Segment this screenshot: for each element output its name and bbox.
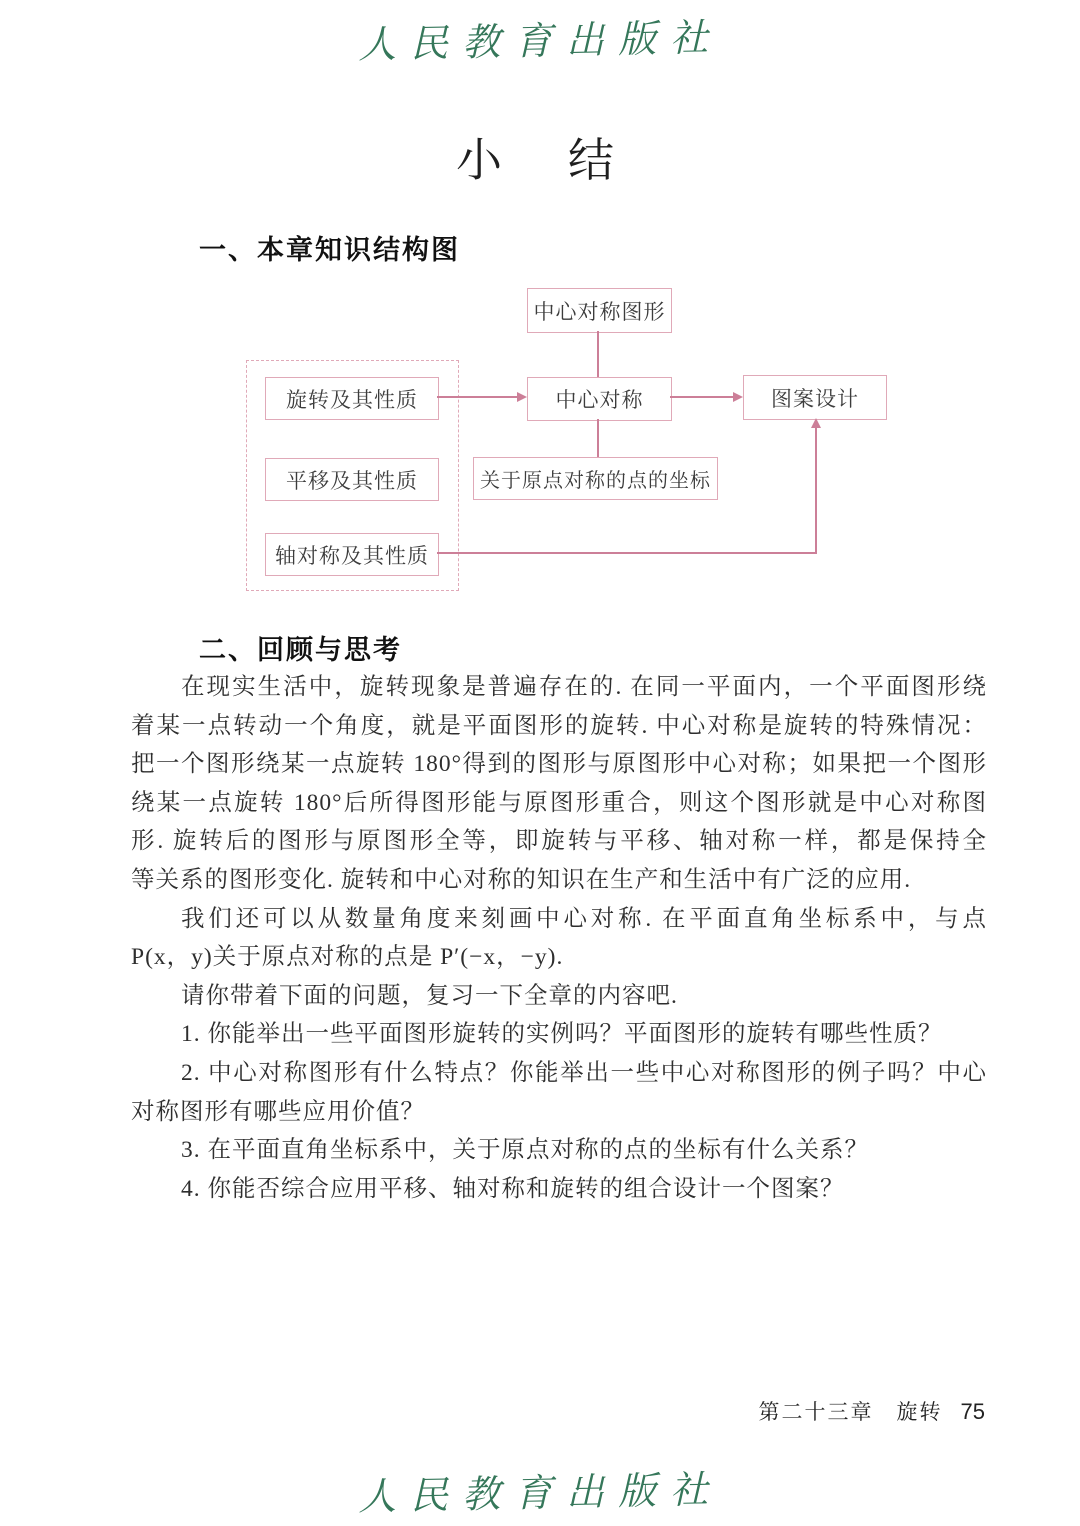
connector-rotation-to-centralsymmetry xyxy=(437,396,519,398)
connector-axialsymmetry-vertical xyxy=(815,428,817,554)
diagram-node-pattern-design: 图案设计 xyxy=(743,375,887,420)
diagram-node-axial-symmetry: 轴对称及其性质 xyxy=(265,533,439,576)
diagram-node-rotation: 旋转及其性质 xyxy=(265,377,439,420)
arrowhead-into-pattern-design xyxy=(733,392,743,402)
arrowhead-into-central-symmetry xyxy=(517,392,527,402)
review-text-block: 在现实生活中，旋转现象是普遍存在的. 在同一平面内，一个平面图形绕 着某一点转动… xyxy=(131,668,987,1208)
question-line-2-cont: 对称图形有哪些应用价值？ xyxy=(131,1093,987,1132)
text-line-formula: P(x，y)关于原点对称的点是 P′(−x，−y). xyxy=(131,938,987,977)
arrowhead-up-into-pattern-design xyxy=(811,418,821,428)
textbook-page: 人民教育出版社 小 结 一、本章知识结构图 中心对称图形 旋转及其性质 中心对称… xyxy=(0,0,1080,1526)
text-line: 把一个图形绕某一点旋转 180°得到的图形与原图形中心对称；如果把一个图形 xyxy=(131,745,987,784)
text-line: 我们还可以从数量角度来刻画中心对称. 在平面直角坐标系中，与点 xyxy=(131,900,987,939)
text-line: 形. 旋转后的图形与原图形全等，即旋转与平移、轴对称一样，都是保持全 xyxy=(131,822,987,861)
diagram-node-translation: 平移及其性质 xyxy=(265,458,439,501)
section-heading-review: 二、回顾与思考 xyxy=(199,628,402,667)
text-line: 请你带着下面的问题，复习一下全章的内容吧. xyxy=(131,977,987,1016)
question-line-2: 2. 中心对称图形有什么特点？你能举出一些中心对称图形的例子吗？中心 xyxy=(131,1054,987,1093)
footer-page-number: 75 xyxy=(961,1399,985,1424)
diagram-node-origin-point-coords: 关于原点对称的点的坐标 xyxy=(473,457,718,500)
question-line-1: 1. 你能举出一些平面图形旋转的实例吗？平面图形的旋转有哪些性质？ xyxy=(131,1015,987,1054)
connector-centralfigure-to-centralsymmetry xyxy=(597,331,599,377)
connector-centralsymmetry-to-design xyxy=(670,396,734,398)
diagram-node-central-symmetry: 中心对称 xyxy=(527,377,672,421)
page-footer: 第二十三章 旋转75 xyxy=(759,1396,985,1426)
footer-chapter-label: 第二十三章 旋转 xyxy=(759,1400,943,1424)
diagram-node-central-symmetric-figure: 中心对称图形 xyxy=(527,288,672,333)
knowledge-structure-diagram: 中心对称图形 旋转及其性质 中心对称 图案设计 平移及其性质 关于原点对称的点的… xyxy=(0,0,1080,620)
connector-axialsymmetry-horizontal xyxy=(437,552,817,554)
question-line-4: 4. 你能否综合应用平移、轴对称和旋转的组合设计一个图案？ xyxy=(131,1170,987,1209)
question-line-3: 3. 在平面直角坐标系中，关于原点对称的点的坐标有什么关系？ xyxy=(131,1131,987,1170)
text-line: 绕某一点旋转 180°后所得图形能与原图形重合，则这个图形就是中心对称图 xyxy=(131,784,987,823)
text-line: 着某一点转动一个角度，就是平面图形的旋转. 中心对称是旋转的特殊情况： xyxy=(131,707,987,746)
text-line: 等关系的图形变化. 旋转和中心对称的知识在生产和生活中有广泛的应用. xyxy=(131,861,987,900)
connector-centralsymmetry-to-coords xyxy=(597,419,599,457)
publisher-watermark-bottom: 人民教育出版社 xyxy=(0,1451,1080,1526)
text-line: 在现实生活中，旋转现象是普遍存在的. 在同一平面内，一个平面图形绕 xyxy=(131,668,987,707)
